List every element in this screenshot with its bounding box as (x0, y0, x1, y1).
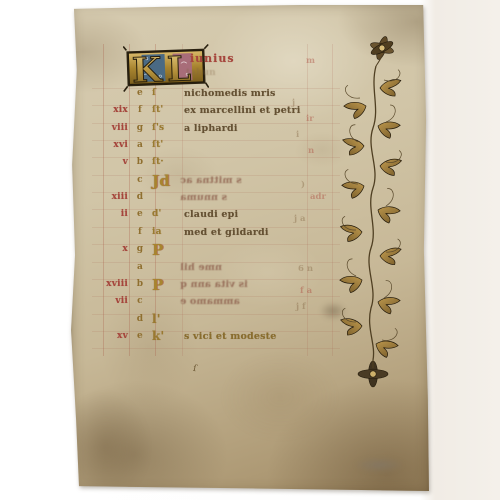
show-through-feast-text: s nnuma (180, 192, 227, 203)
golden-number: xix (90, 105, 128, 115)
roman-date-mark: ſt' (152, 140, 182, 150)
roman-date-mark: ſt· (152, 157, 182, 167)
feast-entry: claudi epi (184, 209, 238, 220)
feast-entry: s vici et modeste (184, 331, 276, 342)
golden-number: ii (90, 209, 128, 219)
ivy-leaves (339, 78, 404, 359)
dominical-letter: c (132, 296, 148, 306)
show-through-numeral: ) (301, 180, 305, 190)
roman-date-mark: l' (152, 312, 182, 326)
feast-entry: nichomedis mris (184, 88, 276, 99)
golden-number: xv (90, 331, 128, 341)
show-through-numeral: j (292, 98, 295, 108)
show-through-text: tahun (186, 68, 216, 78)
dominical-letter: c (132, 175, 148, 185)
show-through-feast-text: is vita ann q (180, 279, 248, 290)
show-through-numeral: ir (306, 114, 314, 124)
dominical-letter: e (132, 209, 148, 219)
vine-stem (369, 66, 376, 360)
golden-number: viii (90, 123, 128, 133)
dominical-letter: e (132, 331, 148, 341)
show-through-numeral: j f (296, 302, 306, 312)
golden-number: vii (90, 296, 128, 306)
feast-entry: med et gildardi (184, 227, 269, 238)
show-through-numeral: j a (294, 214, 306, 224)
show-through-numeral: f a (300, 286, 312, 296)
dominical-letter: g (132, 123, 148, 133)
feast-entry: a liphardi (184, 123, 238, 134)
roman-date-mark: ſ (152, 88, 182, 98)
dominical-letter: a (132, 262, 148, 272)
roman-date-mark: k' (152, 329, 182, 343)
golden-number: x (90, 244, 128, 254)
golden-number: xviii (90, 279, 128, 289)
show-through-feast-text: ammamo e (180, 296, 240, 307)
roman-date-mark: ſ's (152, 123, 182, 133)
show-through-numeral: 6 n (298, 264, 313, 274)
leaf-photo-area: K L iunius tahun eſnichomedis mrisxixfſt… (0, 0, 500, 500)
show-through-feast-text: s mittna ac (180, 175, 242, 186)
dominical-letter: b (132, 279, 148, 289)
roman-date-mark: P (152, 276, 182, 294)
roman-date-mark: P (152, 241, 182, 259)
dominical-letter: b (132, 157, 148, 167)
dominical-letter: d (132, 314, 148, 324)
roman-date-mark: ſt' (152, 105, 182, 115)
flower-icon (369, 35, 394, 66)
pen-flourish: ſ (192, 364, 197, 374)
svg-text:K: K (131, 50, 163, 91)
dominical-letter: f (132, 105, 148, 115)
erased-inventory-smudge (356, 458, 402, 472)
roman-date-mark: Jd (152, 172, 182, 190)
manuscript-photo: { "artifact": { "kind": "illuminated man… (0, 0, 500, 500)
golden-number: v (90, 157, 128, 167)
golden-number: xiii (90, 192, 128, 202)
show-through-numeral: m (306, 56, 315, 66)
dominical-letter: e (132, 88, 148, 98)
golden-number: xvi (90, 140, 128, 150)
roman-date-mark: ia (152, 227, 182, 237)
dominical-letter: f (132, 227, 148, 237)
show-through-feast-text: nme hil (180, 262, 222, 273)
roman-date-mark: d' (152, 209, 182, 219)
dominical-letter: g (132, 244, 148, 254)
ruling-line (92, 348, 340, 349)
flower-icon (358, 360, 388, 387)
feast-entry: ex marcellini et petri (184, 105, 301, 116)
dominical-letter: d (132, 192, 148, 202)
show-through-numeral: n (308, 146, 314, 156)
vellum-leaf: K L iunius tahun eſnichomedis mrisxixfſt… (70, 2, 430, 494)
stain (60, 392, 150, 500)
month-name-text: iunius (190, 52, 235, 65)
dominical-letter: a (132, 140, 148, 150)
show-through-numeral: i (296, 130, 299, 140)
border-vine-decoration (320, 26, 430, 398)
